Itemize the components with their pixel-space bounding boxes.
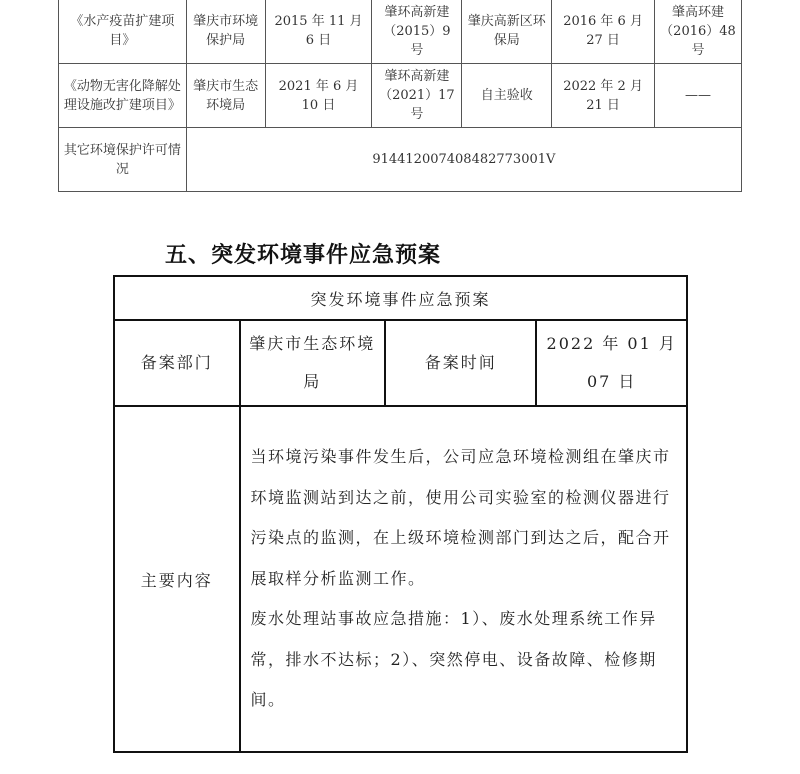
filing-dept-value: 肇庆市生态环境局 [240, 320, 385, 406]
environmental-permits-table: 《水产疫苗扩建项目》 肇庆市环境保护局 2015 年 11 月 6 日 肇环高新… [58, 0, 742, 192]
table-row: 主要内容 当环境污染事件发生后，公司应急环境检测组在肇庆市环境监测站到达之前，使… [114, 406, 687, 752]
approval-authority-cell: 肇庆市环境保护局 [186, 0, 265, 64]
acceptance-number-cell: —— [655, 64, 742, 128]
acceptance-date-cell: 2022 年 2 月 21 日 [552, 64, 655, 128]
approval-authority-cell: 肇庆市生态环境局 [186, 64, 265, 128]
table-row: 其它环境保护许可情况 91441200740848277300​1V [59, 128, 742, 192]
project-name-cell: 《动物无害化降解处理设施改扩建项目》 [59, 64, 187, 128]
approval-number-cell: 肇环高新建（2015）9 号 [372, 0, 462, 64]
acceptance-authority-cell: 自主验收 [462, 64, 552, 128]
emergency-plan-table: 突发环境事件应急预案 备案部门 肇庆市生态环境局 备案时间 2022 年 01 … [113, 275, 688, 753]
acceptance-date-cell: 2016 年 6 月 27 日 [552, 0, 655, 64]
content-cell: 当环境污染事件发生后，公司应急环境检测组在肇庆市环境监测站到达之前，使用公司实验… [240, 406, 687, 752]
table-row: 《水产疫苗扩建项目》 肇庆市环境保护局 2015 年 11 月 6 日 肇环高新… [59, 0, 742, 64]
other-permit-label: 其它环境保护许可情况 [59, 128, 187, 192]
approval-number-cell: 肇环高新建（2021）17 号 [372, 64, 462, 128]
filing-dept-label: 备案部门 [114, 320, 240, 406]
project-name-cell: 《水产疫苗扩建项目》 [59, 0, 187, 64]
table-row: 备案部门 肇庆市生态环境局 备案时间 2022 年 01 月 07 日 [114, 320, 687, 406]
filing-time-label: 备案时间 [385, 320, 536, 406]
content-paragraph: 当环境污染事件发生后，公司应急环境检测组在肇庆市环境监测站到达之前，使用公司实验… [251, 437, 678, 599]
acceptance-authority-cell: 肇庆高新区环保局 [462, 0, 552, 64]
filing-time-value: 2022 年 01 月 07 日 [536, 320, 687, 406]
table-row: 《动物无害化降解处理设施改扩建项目》 肇庆市生态环境局 2021 年 6 月 1… [59, 64, 742, 128]
section-heading: 五、突发环境事件应急预案 [165, 238, 441, 269]
content-paragraph: 废水处理站事故应急措施：1）、废水处理系统工作异常，排水不达标；2）、突然停电、… [251, 599, 678, 721]
table-title-row: 突发环境事件应急预案 [114, 276, 687, 320]
approval-date-cell: 2021 年 6 月 10 日 [265, 64, 372, 128]
approval-date-cell: 2015 年 11 月 6 日 [265, 0, 372, 64]
emergency-plan-title: 突发环境事件应急预案 [114, 276, 687, 320]
content-label: 主要内容 [114, 406, 240, 752]
acceptance-number-cell: 肇高环建（2016）48 号 [655, 0, 742, 64]
other-permit-value: 91441200740848277300​1V [186, 128, 741, 192]
